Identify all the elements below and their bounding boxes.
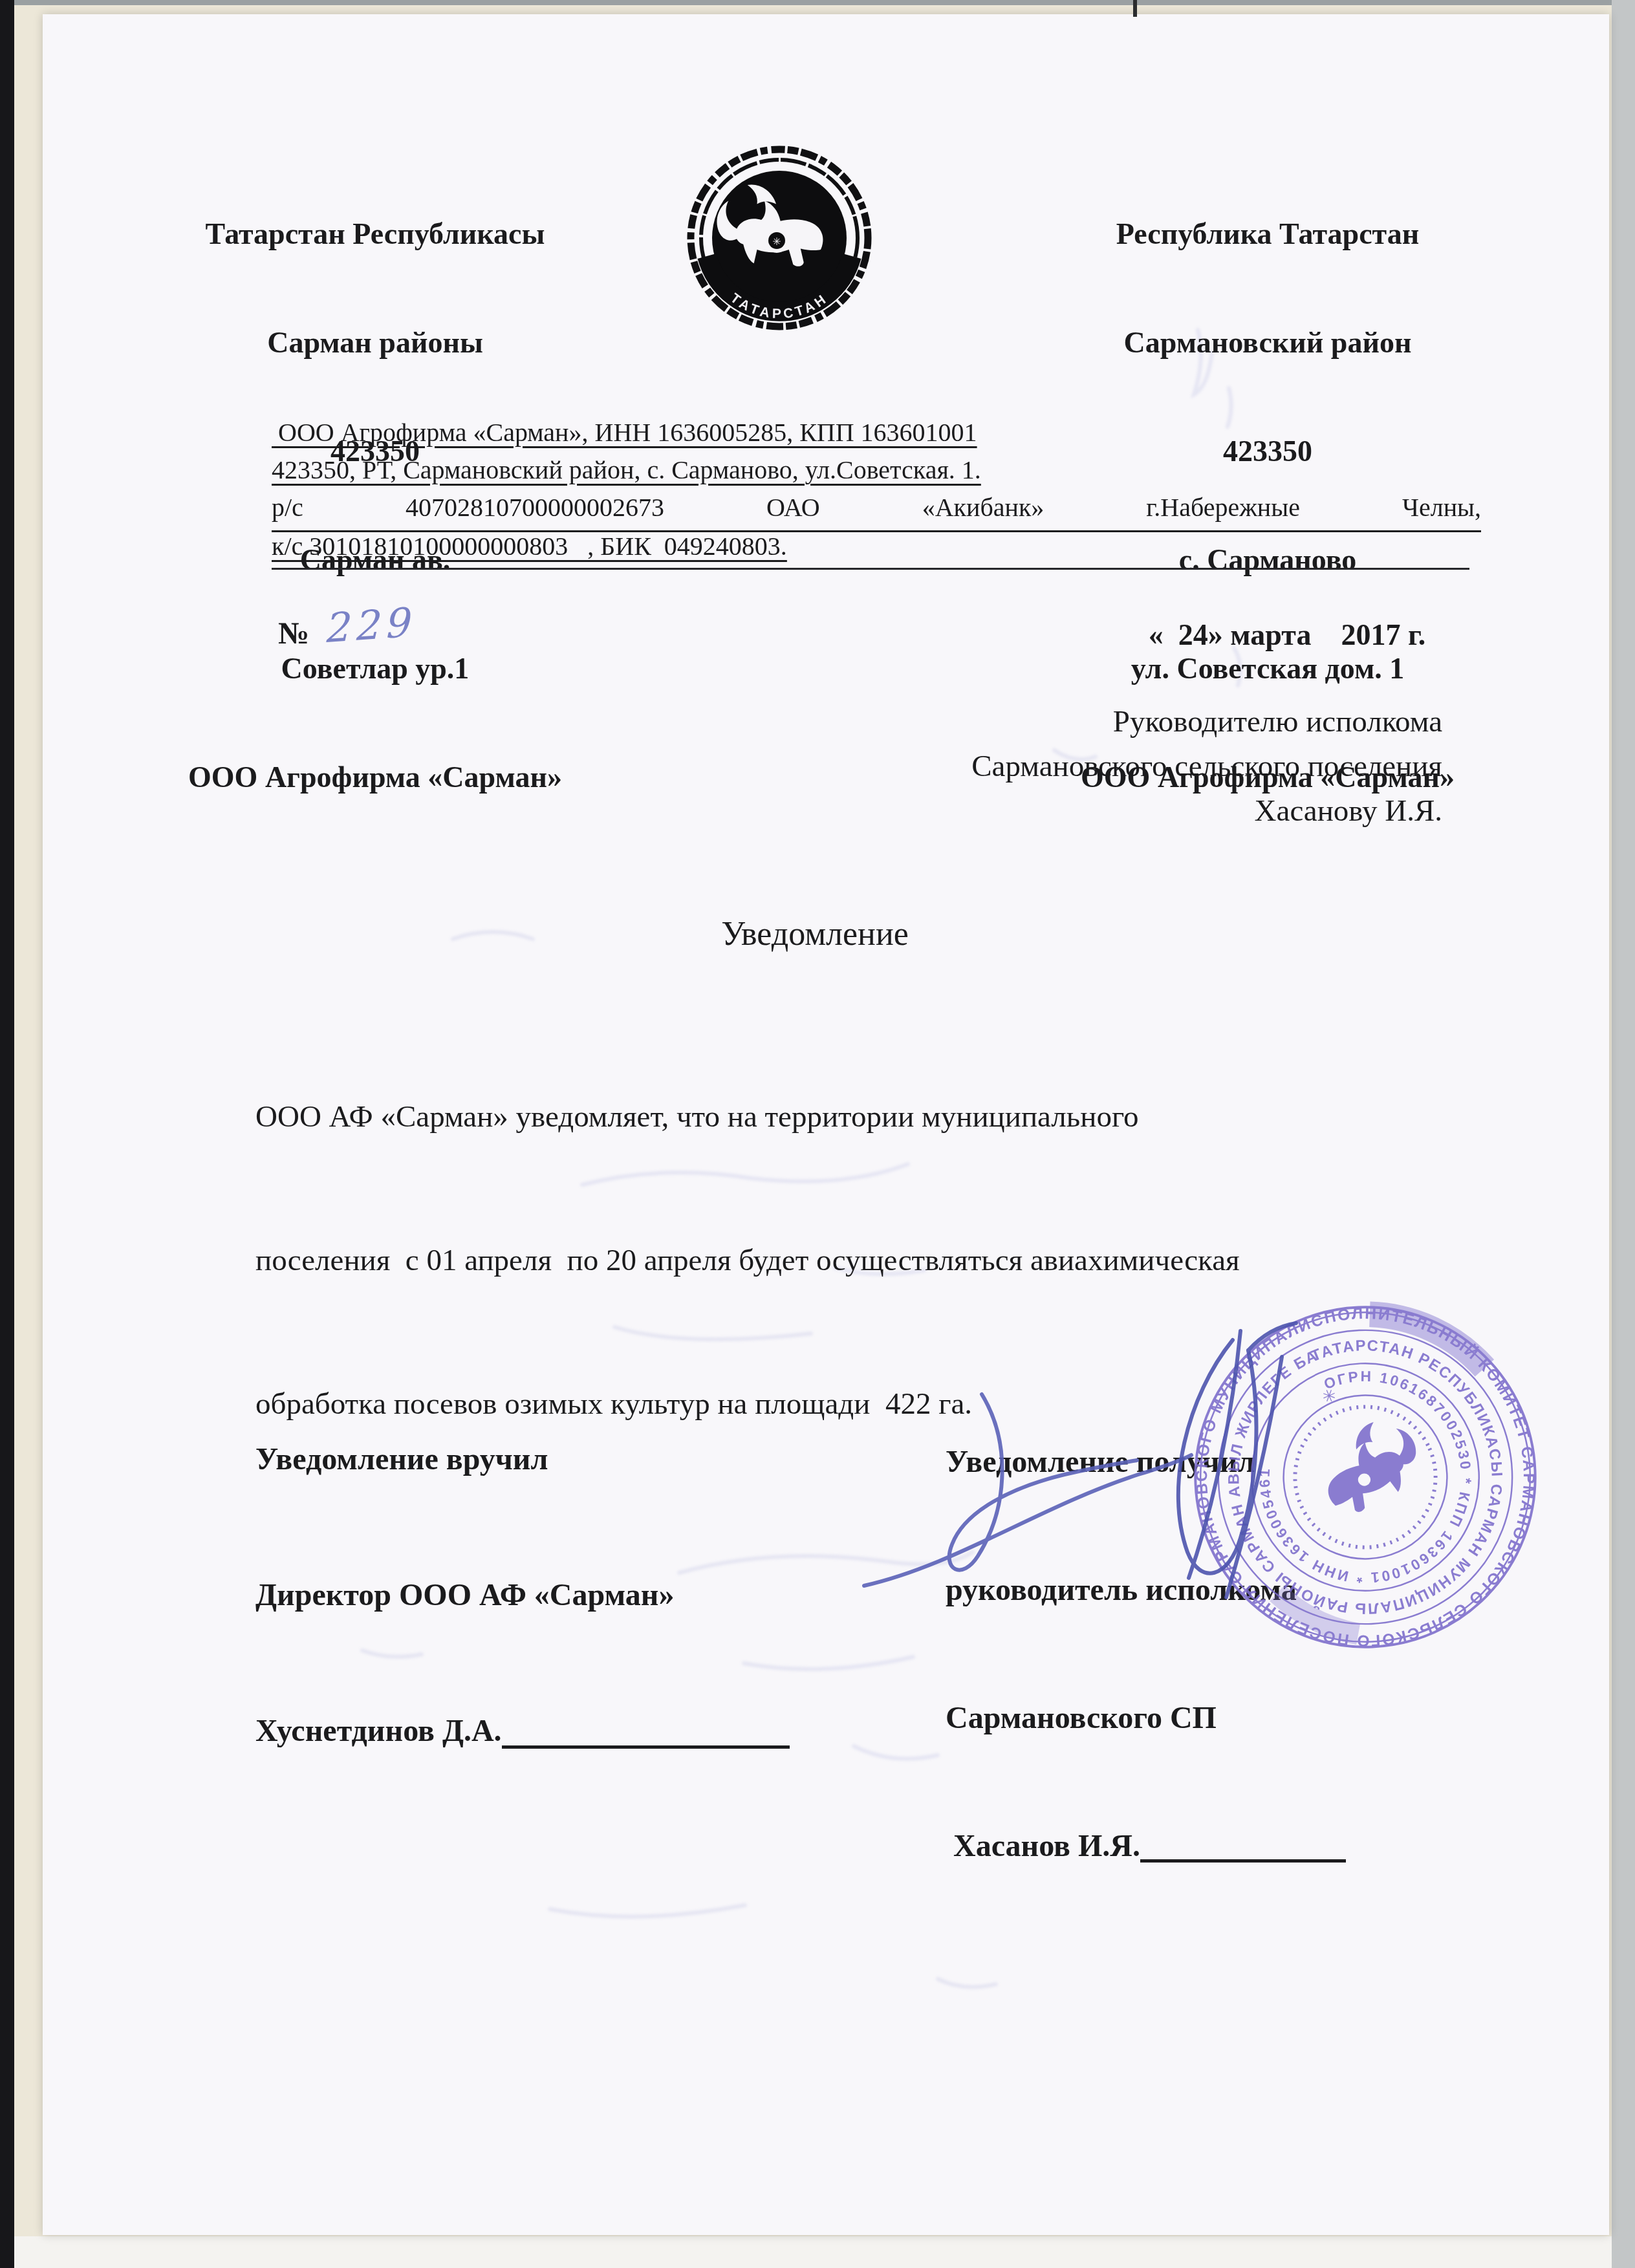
addressee-line: Сармановского сельского поселения (660, 744, 1442, 789)
scanned-document-page: Татарстан Республикасы Сарман районы 423… (0, 0, 1635, 2268)
letterhead-line: Республика Татарстан (1048, 216, 1488, 252)
tatarstan-coat-of-arms-emblem: ✳ ТАТАРСТАН (682, 141, 876, 335)
requisites-line-company: ООО Агрофирма «Сарман», ИНН 1636005285, … (272, 414, 1488, 451)
issuer-name: Хуснетдинов Д.А. (255, 1709, 502, 1754)
document-title: Уведомление (259, 915, 1371, 953)
signature-block-issuer: Уведомление вручил Директор ООО АФ «Сарм… (255, 1346, 928, 1844)
scan-artifact-tick (1133, 0, 1137, 17)
bank-part: «Акибанк» (922, 489, 1045, 526)
issuer-line: Директор ООО АФ «Сарман» (255, 1573, 928, 1618)
requisites-line-bank: р/с 40702810700000002673 ОАО «Акибанк» г… (272, 489, 1481, 532)
letterhead-line: ул. Советская дом. 1 (1048, 651, 1488, 687)
bank-part: Челны, (1402, 489, 1481, 526)
letterhead-line: Татарстан Республикасы (136, 216, 614, 252)
letterhead-line: ООО Агрофирма «Сарман» (136, 759, 614, 795)
document-date: « 24» марта 2017 г. (1099, 618, 1475, 652)
issuer-name-row: Хуснетдинов Д.А. (255, 1709, 928, 1754)
signature-line (502, 1745, 790, 1749)
recipient-line: Сармановского СП (946, 1697, 1592, 1740)
signature-line (1140, 1859, 1346, 1863)
addressee-line: Хасанову И.Я. (660, 789, 1442, 834)
horizontal-divider (272, 568, 1469, 570)
bank-part: р/с (272, 489, 303, 526)
document-number-label: № (278, 616, 309, 651)
letterhead-line: Сармановский район (1048, 325, 1488, 361)
body-line: ООО АФ «Сарман» уведомляет, что на терри… (255, 1093, 1446, 1141)
issuer-line: Уведомление вручил (255, 1437, 928, 1482)
bank-part: г.Набережные (1146, 489, 1300, 526)
letterhead-line: Сарман районы (136, 325, 614, 361)
recipient-name: Хасанов И.Я. (946, 1825, 1140, 1868)
emblem-flower-icon: ✳ (772, 237, 781, 248)
scanner-edge-bottom (14, 2236, 1612, 2268)
official-round-stamp: ИСПОЛНИТЕЛЬНЫЙ КОМИТЕТ САРМАНОВСКОГО СЕЛ… (1161, 1273, 1570, 1681)
bank-part: ОАО (766, 489, 820, 526)
bank-part: 40702810700000002673 (406, 489, 664, 526)
addressee-block: Руководителю исполкома Сармановского сел… (660, 700, 1442, 834)
stamp-leopard-icon (1308, 1410, 1431, 1521)
letterhead-line: Советлар ур.1 (136, 651, 614, 687)
scanner-edge-left (0, 0, 14, 2268)
requisites-line-address: 423350, РТ, Сармановский район, с. Сарма… (272, 451, 1488, 489)
document-number-handwritten: 229 (326, 598, 418, 652)
scanner-edge-right (1612, 0, 1635, 2268)
recipient-name-row: Хасанов И.Я. (946, 1825, 1592, 1868)
addressee-line: Руководителю исполкома (660, 700, 1442, 744)
requisites-line-corr-account: к/с 30101810100000000803 , БИК 049240803… (272, 528, 1488, 565)
